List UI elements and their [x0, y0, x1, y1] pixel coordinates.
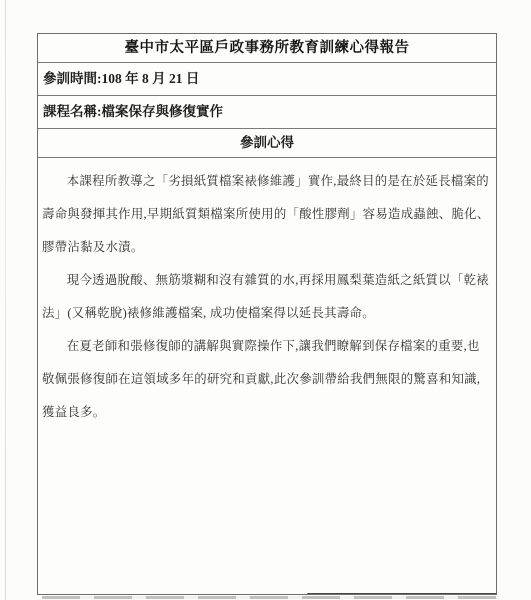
section-header-row: 參訓心得	[38, 129, 496, 158]
reflection-content-cell: 本課程所教導之「劣損紙質檔案裱修維護」實作,最終目的是在於延長檔案的壽命與發揮其…	[38, 158, 496, 594]
course-name-row: 課程名稱:檔案保存與修復實作	[38, 96, 496, 129]
training-time-row: 參訓時間:108 年 8 月 21 日	[38, 63, 496, 96]
reflection-paragraph-1: 本課程所教導之「劣損紙質檔案裱修維護」實作,最終目的是在於延長檔案的壽命與發揮其…	[42, 165, 492, 264]
report-title-row: 臺中市太平區戶政事務所教育訓練心得報告	[38, 34, 496, 63]
section-header-text: 參訓心得	[240, 135, 294, 150]
report-table: 臺中市太平區戶政事務所教育訓練心得報告 參訓時間:108 年 8 月 21 日 …	[37, 33, 497, 595]
scan-border-artifact	[307, 593, 496, 594]
scan-smear-artifact	[42, 596, 498, 599]
reflection-paragraph-3: 在夏老師和張修復師的講解與實際操作下,讓我們瞭解到保存檔案的重要,也敬佩張修復師…	[42, 330, 492, 429]
report-title: 臺中市太平區戶政事務所教育訓練心得報告	[125, 40, 410, 56]
course-name-text: 課程名稱:檔案保存與修復實作	[43, 104, 223, 119]
scan-edge-artifact	[5, 0, 6, 600]
scanned-report-page: 臺中市太平區戶政事務所教育訓練心得報告 參訓時間:108 年 8 月 21 日 …	[0, 0, 531, 600]
reflection-paragraph-2: 現今透過脫酸、無筋漿糊和沒有雜質的水,再採用鳳梨葉造紙之紙質以「乾裱法」(又稱乾…	[42, 264, 492, 330]
training-time-text: 參訓時間:108 年 8 月 21 日	[43, 71, 199, 86]
